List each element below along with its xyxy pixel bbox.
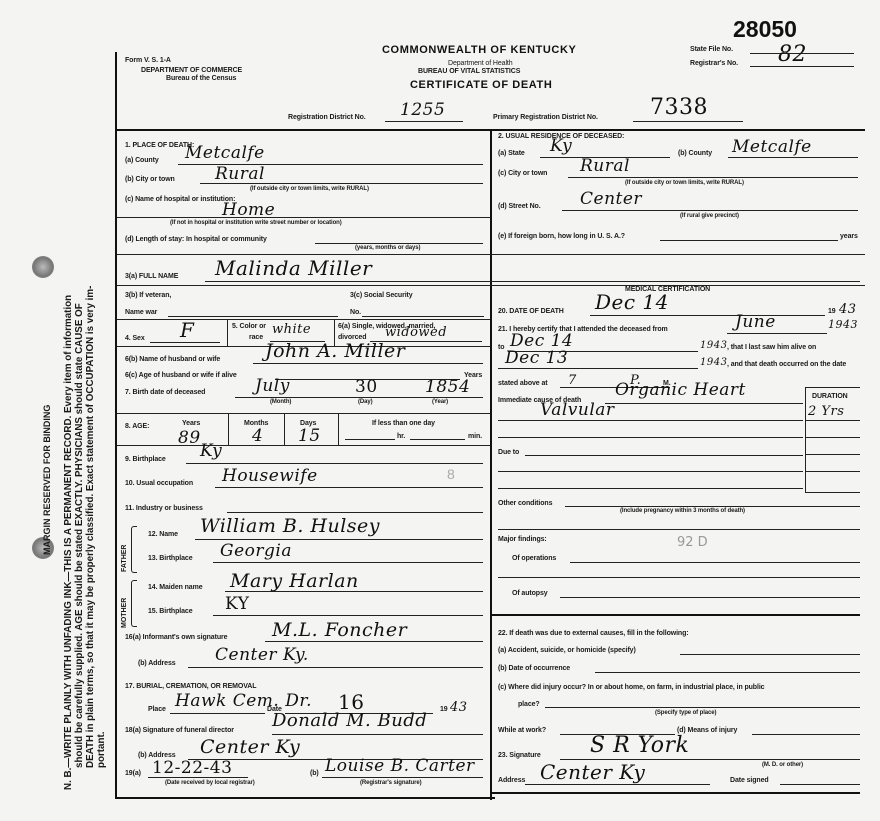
race-label-1: 5. Color or <box>232 323 266 330</box>
death-year-prefix: 19 <box>828 308 836 315</box>
res-county-value: Metcalfe <box>732 137 812 157</box>
res-foreign-label: (e) If foreign born, how long in U. S. A… <box>498 233 625 240</box>
pod-hospital-label: (c) Name of hospital or institution: <box>125 196 235 203</box>
commonwealth-title: COMMONWEALTH OF KENTUCKY <box>382 44 576 56</box>
time-value: 7 <box>568 373 577 388</box>
autopsy-line <box>560 597 860 598</box>
last-saw-label: , that I last saw him alive on <box>727 344 816 351</box>
res-street-value: Center <box>580 189 642 209</box>
frame-left <box>115 52 117 797</box>
mother-bracket <box>131 580 137 627</box>
frame-bottom <box>115 797 495 799</box>
mother-side-label: MOTHER <box>121 598 128 628</box>
father-birth-line <box>213 562 483 563</box>
occupation-value: Housewife <box>222 466 318 486</box>
occupation-line <box>215 487 483 488</box>
age-lt-day-label: If less than one day <box>372 420 435 427</box>
age-divider-2 <box>284 413 285 445</box>
informant-addr-value: Center Ky. <box>215 645 309 665</box>
sex-race-divider <box>227 319 228 346</box>
mother-birth-line <box>213 615 483 616</box>
spouse-line <box>253 363 483 364</box>
received-value: 12-22-43 <box>152 758 232 778</box>
res-street-label: (d) Street No. <box>498 203 541 210</box>
ssn-no-label: No. <box>350 309 361 316</box>
place-label: place? <box>518 701 540 708</box>
pencil-note: 92 D <box>677 535 708 550</box>
primary-reg-value: 7338 <box>650 95 708 120</box>
margin-note-line1: N. B.—WRITE PLAINLY WITH UNFADING INK—TH… <box>63 295 74 790</box>
mother-birth-label: 15. Birthplace <box>148 608 193 615</box>
birth-day-note: (Day) <box>358 399 373 405</box>
pencil-mark: 8 <box>447 466 455 482</box>
operations-line-2 <box>498 577 860 578</box>
due-to-line-2 <box>498 471 803 472</box>
informant-line <box>265 641 483 642</box>
age-days-value: 15 <box>298 426 321 446</box>
ssn-label: 3(c) Social Security <box>350 292 413 299</box>
birth-month-value: July <box>255 376 290 396</box>
director-label: 18(a) Signature of funeral director <box>125 727 234 734</box>
burial-place-value: Hawk Cem. Dr. <box>175 691 312 711</box>
signature-value: S R York <box>590 733 689 758</box>
operations-label: Of operations <box>512 555 556 562</box>
res-foreign-line <box>660 240 838 241</box>
at-work-label: While at work? <box>498 727 546 734</box>
margin-note-line4: portant. <box>96 732 107 768</box>
director-addr-value: Center Ky <box>200 736 300 758</box>
attend-from-year: 1943 <box>828 318 858 331</box>
res-foreign-unit: years <box>840 233 858 240</box>
pod-city-value: Rural <box>215 164 265 184</box>
res-street-note: (If rural give precinct) <box>680 213 739 219</box>
stamp-number: 28050 <box>733 16 797 43</box>
birth-year-value: 1854 <box>425 377 470 397</box>
duration-label: DURATION <box>812 393 848 400</box>
major-findings-label: Major findings: <box>498 536 547 543</box>
punch-hole-top <box>32 256 54 278</box>
cause-line-3 <box>498 437 803 438</box>
primary-reg-label: Primary Registration District No. <box>493 114 598 121</box>
attend-from-value: June <box>735 312 776 332</box>
res-city-label: (c) City or town <box>498 170 547 177</box>
res-county-label: (b) County <box>678 150 712 157</box>
pod-county-value: Metcalfe <box>185 143 265 163</box>
burial-year-prefix: 19 <box>440 706 448 713</box>
address-label: Address <box>498 777 525 784</box>
received-note: (Date received by local registrar) <box>165 780 255 786</box>
res-city-value: Rural <box>580 156 630 176</box>
injury-where-label: (c) Where did injury occur? In or about … <box>498 684 764 691</box>
sex-value: F <box>180 318 194 342</box>
date-signed-line <box>780 784 860 785</box>
duration-line-3 <box>805 454 860 455</box>
stated-above-label: stated above at <box>498 380 547 387</box>
address-line <box>525 784 710 785</box>
reg-district-line <box>385 121 463 122</box>
age-divider-1 <box>228 413 229 445</box>
other-conditions-line <box>565 506 860 507</box>
age-min-label: min. <box>468 433 482 440</box>
birth-year-note: (Year) <box>432 399 448 405</box>
informant-value: M.L. Foncher <box>272 619 407 641</box>
informant-label: 16(a) Informant's own signature <box>125 634 227 641</box>
autopsy-label: Of autopsy <box>512 590 548 597</box>
industry-label: 11. Industry or business <box>125 505 203 512</box>
registrar-sig-label: (b) <box>310 770 319 777</box>
veteran-label: 3(b) If veteran, <box>125 292 171 299</box>
father-name-line <box>195 539 483 540</box>
birth-row-bottom <box>117 413 490 414</box>
death-date-value: Dec 14 <box>595 290 669 314</box>
other-conditions-note: (Include pregnancy within 3 months of de… <box>620 508 745 514</box>
sex-line <box>150 342 220 343</box>
spouse-age-label: 6(c) Age of husband or wife if alive <box>125 372 237 379</box>
death-date-line <box>590 315 825 316</box>
pod-city-note: (If outside city or town limits, write R… <box>250 186 369 192</box>
pod-county-label: (a) County <box>125 157 159 164</box>
father-name-label: 12. Name <box>148 531 178 538</box>
medical-divider <box>492 614 860 616</box>
registrar-sig-line <box>322 777 483 778</box>
res-street-line <box>562 210 858 211</box>
immediate-cause-value-2: Valvular <box>540 400 615 420</box>
res-county-line <box>728 157 858 158</box>
sex-label: 4. Sex <box>125 335 145 342</box>
age-divider-3 <box>338 413 339 445</box>
age-hr-line <box>345 439 395 440</box>
birth-day-value: 30 <box>355 377 378 397</box>
industry-line <box>227 512 483 513</box>
occurrence-line <box>595 672 860 673</box>
ssn-line <box>362 316 484 317</box>
res-city-note: (If outside city or town limits, write R… <box>625 180 744 186</box>
accident-label: (a) Accident, suicide, or homicide (spec… <box>498 647 636 654</box>
dept-commerce: DEPARTMENT OF COMMERCE <box>141 67 242 74</box>
external-heading: 22. If death was due to external causes,… <box>498 630 689 637</box>
birthplace-value: Ky <box>200 441 222 461</box>
age-label: 8. AGE: <box>125 423 149 430</box>
due-to-line-3 <box>498 488 803 489</box>
registrar-sig-note: (Registrar's signature) <box>360 780 421 786</box>
address-value: Center Ky <box>540 760 645 784</box>
due-to-label: Due to <box>498 449 519 456</box>
due-to-line <box>525 455 803 456</box>
certificate-title: CERTIFICATE OF DEATH <box>410 79 552 91</box>
last-saw-year: 1943 <box>700 357 727 368</box>
place-line <box>545 707 860 708</box>
operations-line <box>570 562 860 563</box>
duration-top <box>805 387 860 388</box>
birthplace-label: 9. Birthplace <box>125 456 166 463</box>
immediate-cause-line <box>605 403 803 404</box>
registrars-no-label: Registrar's No. <box>690 60 738 67</box>
registrar-sig-value: Louise B. Carter <box>325 756 475 776</box>
birth-date-line <box>235 397 483 398</box>
duration-line-4 <box>805 471 860 472</box>
res-city-line <box>568 177 858 178</box>
occupation-label: 10. Usual occupation <box>125 480 193 487</box>
cause-line-2 <box>498 420 803 421</box>
birthplace-line <box>186 463 483 464</box>
mother-birth-value: KY <box>225 594 249 614</box>
full-name-bottom <box>117 285 865 286</box>
signature-label: 23. Signature <box>498 752 541 759</box>
director-line <box>272 734 483 735</box>
attend-to-year: 1943 <box>700 340 727 351</box>
other-conditions-label: Other conditions <box>498 500 552 507</box>
form-number: Form V. S. 1-A <box>125 57 171 64</box>
reg-district-label: Registration District No. <box>288 114 366 121</box>
md-note: (M. D. or other) <box>762 762 803 768</box>
informant-addr-label: (b) Address <box>138 660 176 667</box>
death-date-label: 20. DATE OF DEATH <box>498 308 564 315</box>
bureau-vital: BUREAU OF VITAL STATISTICS <box>418 68 520 75</box>
pod-hospital-note: (If not in hospital or institution write… <box>170 220 342 226</box>
attend-to-label: to <box>498 344 504 351</box>
full-name-value: Malinda Miller <box>215 256 372 280</box>
war-line <box>168 316 338 317</box>
attend-from-line <box>727 333 827 334</box>
birth-date-label: 7. Birth date of deceased <box>125 389 205 396</box>
occurrence-label: (b) Date of occurrence <box>498 665 570 672</box>
race-label-2: race <box>249 334 263 341</box>
res-state-label: (a) State <box>498 150 525 157</box>
duration-divider <box>805 387 806 492</box>
informant-addr-line <box>188 667 483 668</box>
bureau-census: Bureau of the Census <box>166 75 236 82</box>
accident-line <box>680 654 860 655</box>
father-birth-label: 13. Birthplace <box>148 555 193 562</box>
duration-line-2 <box>805 437 860 438</box>
spouse-value: John A. Miller <box>265 340 405 362</box>
section1-bottom <box>117 254 865 255</box>
received-label: 19(a) <box>125 770 141 777</box>
pod-stay-line <box>315 243 483 244</box>
last-saw-line <box>498 368 698 369</box>
burial-label: 17. BURIAL, CREMATION, OR REMOVAL <box>125 683 256 690</box>
duration-value: 2 Yrs <box>808 404 844 419</box>
burial-place-line <box>170 713 265 714</box>
war-label: Name war <box>125 309 157 316</box>
full-name-line <box>205 281 860 282</box>
reg-district-value: 1255 <box>400 100 445 120</box>
means-line <box>752 734 860 735</box>
father-birth-value: Georgia <box>220 541 292 561</box>
registrars-no-value: 82 <box>778 42 807 67</box>
date-signed-label: Date signed <box>730 777 769 784</box>
veteran-bottom <box>117 319 490 320</box>
state-file-label: State File No. <box>690 46 733 53</box>
frame-center <box>490 130 492 800</box>
father-side-label: FATHER <box>121 545 128 572</box>
age-hr-label: hr. <box>397 433 405 440</box>
place-of-death-heading: 1. PLACE OF DEATH: <box>125 142 194 149</box>
pod-hospital-divider <box>117 217 490 218</box>
burial-year-value: 43 <box>450 700 468 715</box>
pod-stay-label: (d) Length of stay: In hospital or commu… <box>125 236 267 243</box>
res-state-value: Ky <box>550 136 572 156</box>
birth-month-note: (Month) <box>270 399 291 405</box>
death-year-value: 43 <box>839 302 857 317</box>
father-bracket <box>131 526 137 573</box>
dept-health: Department of Health <box>448 60 513 67</box>
age-years-label: Years <box>182 420 200 427</box>
age-months-value: 4 <box>252 426 263 446</box>
immediate-cause-value-1: Organic Heart <box>615 380 746 400</box>
duration-line-1 <box>805 420 860 421</box>
age-row-bottom <box>117 445 490 446</box>
pod-stay-note: (years, months or days) <box>355 245 420 251</box>
full-name-label: 3(a) FULL NAME <box>125 273 178 280</box>
place-note: (Specify type of place) <box>655 710 716 716</box>
pod-city-label: (b) City or town <box>125 176 175 183</box>
mother-name-label: 14. Maiden name <box>148 584 203 591</box>
primary-reg-line <box>633 121 743 122</box>
spouse-label: 6(b) Name of husband or wife <box>125 356 220 363</box>
director-value: Donald M. Budd <box>272 710 427 731</box>
margin-note-line2: should be carefully supplied. AGE should… <box>74 303 85 768</box>
binding-margin-label: MARGIN RESERVED FOR BINDING <box>42 405 52 555</box>
death-occurred-label: , and that death occurred on the date <box>727 361 846 368</box>
burial-place-label: Place <box>148 706 166 713</box>
other-conditions-line-2 <box>498 529 860 530</box>
duration-bottom <box>805 492 860 493</box>
margin-note-line3: DEATH in plain terms, so that it may be … <box>85 286 96 768</box>
mother-name-value: Mary Harlan <box>230 570 359 592</box>
medical-bottom <box>492 792 860 794</box>
marital-value: widowed <box>385 325 447 340</box>
father-name-value: William B. Hulsey <box>200 515 380 537</box>
age-min-line <box>410 439 465 440</box>
last-saw-value: Dec 13 <box>505 348 568 368</box>
race-value: white <box>272 322 311 337</box>
